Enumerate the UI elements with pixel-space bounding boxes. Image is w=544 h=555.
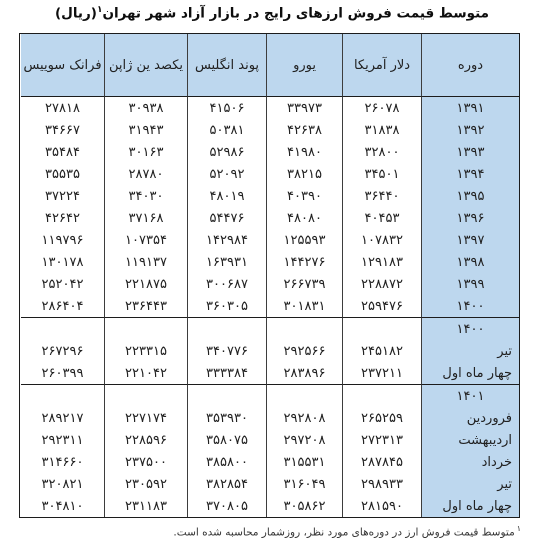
value-cell: ۳۴۰۷۷۶۳۳۳۳۸۴	[187, 317, 266, 384]
cell-value: ۲۳۱۱۸۳	[105, 495, 187, 517]
period-cell: ۱۴۰۰تیرچهار ماه اول	[421, 317, 519, 384]
cell-value: ۴۱۹۸۰	[267, 141, 342, 163]
cell-value: ۱۴۲۹۸۴	[188, 229, 266, 251]
period-year: ۱۴۰۰	[422, 295, 519, 317]
cell-value: ۲۸۶۴۰۴	[21, 295, 104, 317]
cell-value: ۲۳۰۵۹۲	[105, 473, 187, 495]
cell-value: ۱۰۷۳۵۴	[105, 229, 187, 251]
cell-value: ۲۲۱۸۷۵	[105, 273, 187, 295]
cell-value: ۲۲۸۵۹۶	[105, 429, 187, 451]
value-cell: ۳۵۳۹۳۰۳۵۸۰۷۵۳۸۵۸۰۰۳۸۲۸۵۴۳۷۰۸۰۵	[187, 384, 266, 517]
period-year: ۱۳۹۶	[422, 207, 519, 229]
cell-value: ۳۰۱۶۳	[105, 141, 187, 163]
cell-value: ۳۶۰۳۰۵	[188, 295, 266, 317]
cell-value: ۳۱۸۳۸	[343, 119, 421, 141]
cell-value: ۲۶۰۷۸	[343, 97, 421, 119]
empty-line	[105, 318, 187, 340]
cell-value: ۴۰۳۹۰	[267, 185, 342, 207]
cell-value: ۳۸۵۸۰۰	[188, 451, 266, 473]
cell-value: ۳۴۰۷۷۶	[188, 340, 266, 362]
cell-value: ۱۱۹۱۳۷	[105, 251, 187, 273]
cell-value: ۳۴۵۰۱	[343, 163, 421, 185]
column-header-gbp: پوند انگلیس	[187, 34, 266, 96]
empty-line	[105, 385, 187, 407]
cell-value: ۳۷۱۶۸	[105, 207, 187, 229]
cell-value: ۲۹۲۵۶۶	[267, 340, 342, 362]
cell-value: ۵۲۰۹۲	[188, 163, 266, 185]
value-cell: ۲۷۸۱۸۳۴۶۶۷۳۵۴۸۴۳۵۵۳۵۳۷۲۲۴۴۲۶۴۲۱۱۹۷۹۶۱۳۰۱…	[21, 96, 104, 317]
empty-line	[21, 318, 104, 340]
cell-value: ۲۶۰۳۹۹	[21, 362, 104, 384]
period-year: ۱۴۰۱	[422, 385, 519, 407]
cell-value: ۱۶۳۹۳۱	[188, 251, 266, 273]
period-year: ۱۳۹۸	[422, 251, 519, 273]
period-month-label: اردیبهشت	[422, 429, 519, 451]
column-header-eur: یورو	[266, 34, 342, 96]
cell-value: ۳۴۰۳۰	[105, 185, 187, 207]
value-cell: ۲۹۲۸۰۸۲۹۷۲۰۸۳۱۵۵۳۱۳۱۶۰۴۹۳۰۵۸۶۲	[266, 384, 342, 517]
cell-value: ۲۲۱۰۴۲	[105, 362, 187, 384]
cell-value: ۳۸۲۸۵۴	[188, 473, 266, 495]
cell-value: ۲۲۳۳۱۵	[105, 340, 187, 362]
value-cell: ۳۳۹۷۳۴۲۶۳۸۴۱۹۸۰۳۸۲۱۵۴۰۳۹۰۴۸۰۸۰۱۲۵۵۹۳۱۴۴۲…	[266, 96, 342, 317]
cell-value: ۲۳۶۴۴۳	[105, 295, 187, 317]
report-page: متوسط قیمت فروش ارزهای رایج در بازار آزا…	[0, 0, 544, 555]
cell-value: ۲۵۲۰۴۲	[21, 273, 104, 295]
table-title: متوسط قیمت فروش ارزهای رایج در بازار آزا…	[0, 0, 544, 22]
cell-value: ۴۸۰۱۹	[188, 185, 266, 207]
cell-value: ۴۸۰۸۰	[267, 207, 342, 229]
period-year: ۱۳۹۴	[422, 163, 519, 185]
value-cell: ۲۶۰۷۸۳۱۸۳۸۳۲۸۰۰۳۴۵۰۱۳۶۴۴۰۴۰۴۵۳۱۰۷۸۳۲۱۲۹۱…	[342, 96, 421, 317]
column-header-usd: دلار آمریکا	[342, 34, 421, 96]
cell-value: ۲۹۲۳۱۱	[21, 429, 104, 451]
title-text: متوسط قیمت فروش ارزهای رایج در بازار آزا…	[102, 6, 489, 22]
empty-line	[188, 318, 266, 340]
footnote-text: متوسط قیمت فروش ارز در دوره‌های مورد نظر…	[173, 527, 514, 539]
cell-value: ۳۶۴۴۰	[343, 185, 421, 207]
value-cell: ۲۲۳۳۱۵۲۲۱۰۴۲	[104, 317, 187, 384]
period-year: ۱۳۹۱	[422, 97, 519, 119]
value-cell: ۳۰۹۳۸۳۱۹۴۳۳۰۱۶۳۲۸۷۸۰۳۴۰۳۰۳۷۱۶۸۱۰۷۳۵۴۱۱۹۱…	[104, 96, 187, 317]
cell-value: ۳۲۸۰۰	[343, 141, 421, 163]
exchange-rates-table: دوره دلار آمریکا یورو پوند انگلیس یکصد ی…	[19, 33, 520, 518]
cell-value: ۴۰۴۵۳	[343, 207, 421, 229]
cell-value: ۱۴۴۲۷۶	[267, 251, 342, 273]
cell-value: ۳۳۳۳۸۴	[188, 362, 266, 384]
column-header-period: دوره	[421, 34, 519, 96]
period-year: ۱۳۹۵	[422, 185, 519, 207]
cell-value: ۲۸۷۸۰	[105, 163, 187, 185]
cell-value: ۲۷۸۱۸	[21, 97, 104, 119]
cell-value: ۵۲۹۸۶	[188, 141, 266, 163]
cell-value: ۵۴۴۷۶	[188, 207, 266, 229]
period-month-label: چهار ماه اول	[422, 362, 519, 384]
empty-line	[267, 318, 342, 340]
period-month-label: خرداد	[422, 451, 519, 473]
empty-line	[267, 385, 342, 407]
cell-value: ۲۹۲۸۰۸	[267, 407, 342, 429]
cell-value: ۳۰۹۳۸	[105, 97, 187, 119]
column-header-jpy100: یکصد ین ژاپن	[104, 34, 187, 96]
period-month-label: تیر	[422, 473, 519, 495]
cell-value: ۳۷۰۸۰۵	[188, 495, 266, 517]
period-year: ۱۴۰۰	[422, 318, 519, 340]
cell-value: ۳۵۳۹۳۰	[188, 407, 266, 429]
cell-value: ۳۳۹۷۳	[267, 97, 342, 119]
cell-value: ۳۰۱۸۳۱	[267, 295, 342, 317]
column-header-chf: فرانک سوییس	[21, 34, 104, 96]
period-month-label: چهار ماه اول	[422, 495, 519, 517]
cell-value: ۱۲۵۵۹۳	[267, 229, 342, 251]
cell-value: ۳۱۴۶۶۰	[21, 451, 104, 473]
period-cell: ۱۴۰۱فروردیناردیبهشتخردادتیرچهار ماه اول	[421, 384, 519, 517]
empty-line	[343, 318, 421, 340]
cell-value: ۴۱۵۰۶	[188, 97, 266, 119]
empty-line	[343, 385, 421, 407]
cell-value: ۳۱۹۴۳	[105, 119, 187, 141]
period-month-label: تیر	[422, 340, 519, 362]
period-month-label: فروردین	[422, 407, 519, 429]
cell-value: ۲۲۷۱۷۴	[105, 407, 187, 429]
cell-value: ۳۰۰۶۸۷	[188, 273, 266, 295]
cell-value: ۲۸۹۲۱۷	[21, 407, 104, 429]
cell-value: ۲۸۳۸۹۶	[267, 362, 342, 384]
value-cell: ۲۴۵۱۸۲۲۳۷۲۱۱	[342, 317, 421, 384]
cell-value: ۳۱۵۵۳۱	[267, 451, 342, 473]
cell-value: ۲۵۹۴۷۶	[343, 295, 421, 317]
cell-value: ۳۰۴۸۱۰	[21, 495, 104, 517]
value-cell: ۲۶۷۲۹۶۲۶۰۳۹۹	[21, 317, 104, 384]
cell-value: ۳۱۶۰۴۹	[267, 473, 342, 495]
cell-value: ۱۳۰۱۷۸	[21, 251, 104, 273]
cell-value: ۳۷۲۲۴	[21, 185, 104, 207]
cell-value: ۲۴۵۱۸۲	[343, 340, 421, 362]
cell-value: ۲۳۷۵۰۰	[105, 451, 187, 473]
cell-value: ۱۰۷۸۳۲	[343, 229, 421, 251]
cell-value: ۳۰۵۸۶۲	[267, 495, 342, 517]
cell-value: ۱۱۹۷۹۶	[21, 229, 104, 251]
cell-value: ۲۲۸۸۷۲	[343, 273, 421, 295]
title-unit: (ریال)	[55, 6, 97, 22]
cell-value: ۲۶۶۷۳۹	[267, 273, 342, 295]
cell-value: ۴۲۶۳۸	[267, 119, 342, 141]
cell-value: ۲۸۷۸۴۵	[343, 451, 421, 473]
period-year: ۱۳۹۳	[422, 141, 519, 163]
cell-value: ۲۹۸۹۳۳	[343, 473, 421, 495]
empty-line	[188, 385, 266, 407]
empty-line	[21, 385, 104, 407]
cell-value: ۳۴۶۶۷	[21, 119, 104, 141]
cell-value: ۳۵۴۸۴	[21, 141, 104, 163]
cell-value: ۲۶۷۲۹۶	[21, 340, 104, 362]
period-year: ۱۳۹۹	[422, 273, 519, 295]
cell-value: ۲۳۷۲۱۱	[343, 362, 421, 384]
cell-value: ۳۲۰۸۲۱	[21, 473, 104, 495]
cell-value: ۲۹۷۲۰۸	[267, 429, 342, 451]
cell-value: ۲۸۱۵۹۰	[343, 495, 421, 517]
cell-value: ۲۷۲۳۱۳	[343, 429, 421, 451]
footnote-marker: ۱	[517, 524, 521, 533]
cell-value: ۳۵۸۰۷۵	[188, 429, 266, 451]
value-cell: ۲۹۲۵۶۶۲۸۳۸۹۶	[266, 317, 342, 384]
period-year: ۱۳۹۲	[422, 119, 519, 141]
period-cell: ۱۳۹۱۱۳۹۲۱۳۹۳۱۳۹۴۱۳۹۵۱۳۹۶۱۳۹۷۱۳۹۸۱۳۹۹۱۴۰۰	[421, 96, 519, 317]
cell-value: ۳۵۵۳۵	[21, 163, 104, 185]
cell-value: ۱۲۹۱۸۳	[343, 251, 421, 273]
value-cell: ۴۱۵۰۶۵۰۳۸۱۵۲۹۸۶۵۲۰۹۲۴۸۰۱۹۵۴۴۷۶۱۴۲۹۸۴۱۶۳۹…	[187, 96, 266, 317]
cell-value: ۲۶۵۲۵۹	[343, 407, 421, 429]
cell-value: ۴۲۶۴۲	[21, 207, 104, 229]
value-cell: ۲۲۷۱۷۴۲۲۸۵۹۶۲۳۷۵۰۰۲۳۰۵۹۲۲۳۱۱۸۳	[104, 384, 187, 517]
value-cell: ۲۸۹۲۱۷۲۹۲۳۱۱۳۱۴۶۶۰۳۲۰۸۲۱۳۰۴۸۱۰	[21, 384, 104, 517]
value-cell: ۲۶۵۲۵۹۲۷۲۳۱۳۲۸۷۸۴۵۲۹۸۹۳۳۲۸۱۵۹۰	[342, 384, 421, 517]
period-year: ۱۳۹۷	[422, 229, 519, 251]
cell-value: ۵۰۳۸۱	[188, 119, 266, 141]
cell-value: ۳۸۲۱۵	[267, 163, 342, 185]
table-footnote: ۱متوسط قیمت فروش ارز در دوره‌های مورد نظ…	[173, 524, 521, 539]
